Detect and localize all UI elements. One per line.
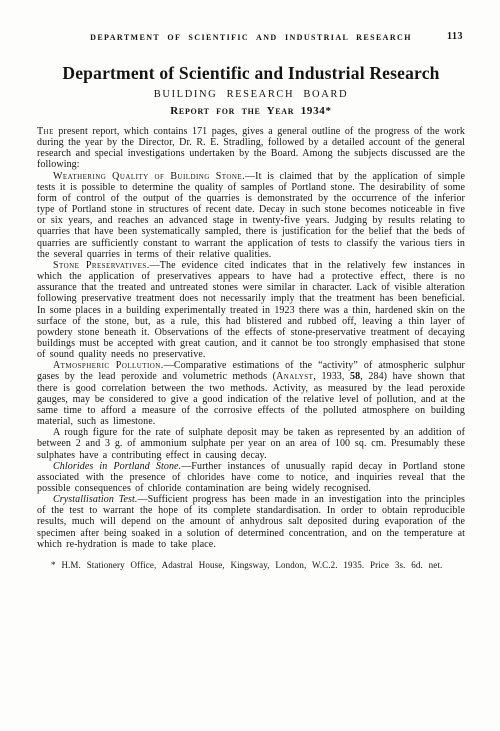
- footnote: * H.M. Stationery Office, Adastral House…: [37, 560, 465, 571]
- paragraph: The present report, which contains 171 p…: [37, 126, 465, 171]
- paragraph: Atmospheric Pollution.—Comparative estim…: [37, 360, 465, 427]
- body-paragraphs: The present report, which contains 171 p…: [37, 126, 465, 550]
- paragraph: Crystallisation Test.—Sufficient progres…: [37, 494, 465, 550]
- report-year-line: Report for the Year 1934*: [37, 106, 465, 117]
- paragraph-segment: Atmospheric Pollution.: [53, 360, 164, 371]
- paragraph-segment: , 1933,: [313, 371, 350, 382]
- paragraph-segment: —The evidence cited indicates that in th…: [37, 260, 465, 360]
- page-subtitle: BUILDING RESEARCH BOARD: [37, 89, 465, 101]
- paragraph-segment: Weathering Quality of Building Stone.: [53, 171, 245, 182]
- paragraph-segment: 58: [350, 371, 360, 382]
- page-title: Department of Scientific and Industrial …: [37, 63, 465, 83]
- running-header: DEPARTMENT OF SCIENTIFIC AND INDUSTRIAL …: [37, 33, 465, 43]
- journal-page: DEPARTMENT OF SCIENTIFIC AND INDUSTRIAL …: [0, 0, 500, 731]
- paragraph-segment: Analyst: [276, 371, 313, 382]
- paragraph-segment: Chlorides in Portland Stone.: [53, 461, 181, 472]
- paragraph-segment: present report, which contains 171 pages…: [37, 126, 465, 170]
- page-number: 113: [447, 32, 463, 42]
- paragraph: Chlorides in Portland Stone.—Further ins…: [37, 461, 465, 494]
- paragraph-segment: Crystallisation Test.: [53, 494, 138, 505]
- paragraph-segment: The: [37, 126, 54, 137]
- paragraph: Stone Preservatives.—The evidence cited …: [37, 260, 465, 360]
- paragraph-segment: —It is claimed that by the application o…: [37, 171, 465, 260]
- paragraph: Weathering Quality of Building Stone.—It…: [37, 171, 465, 260]
- paragraph-segment: Stone Preservatives.: [53, 260, 150, 271]
- paragraph: A rough figure for the rate of sulphate …: [37, 427, 465, 460]
- running-header-title: DEPARTMENT OF SCIENTIFIC AND INDUSTRIAL …: [90, 33, 412, 42]
- paragraph-segment: A rough figure for the rate of sulphate …: [37, 427, 465, 460]
